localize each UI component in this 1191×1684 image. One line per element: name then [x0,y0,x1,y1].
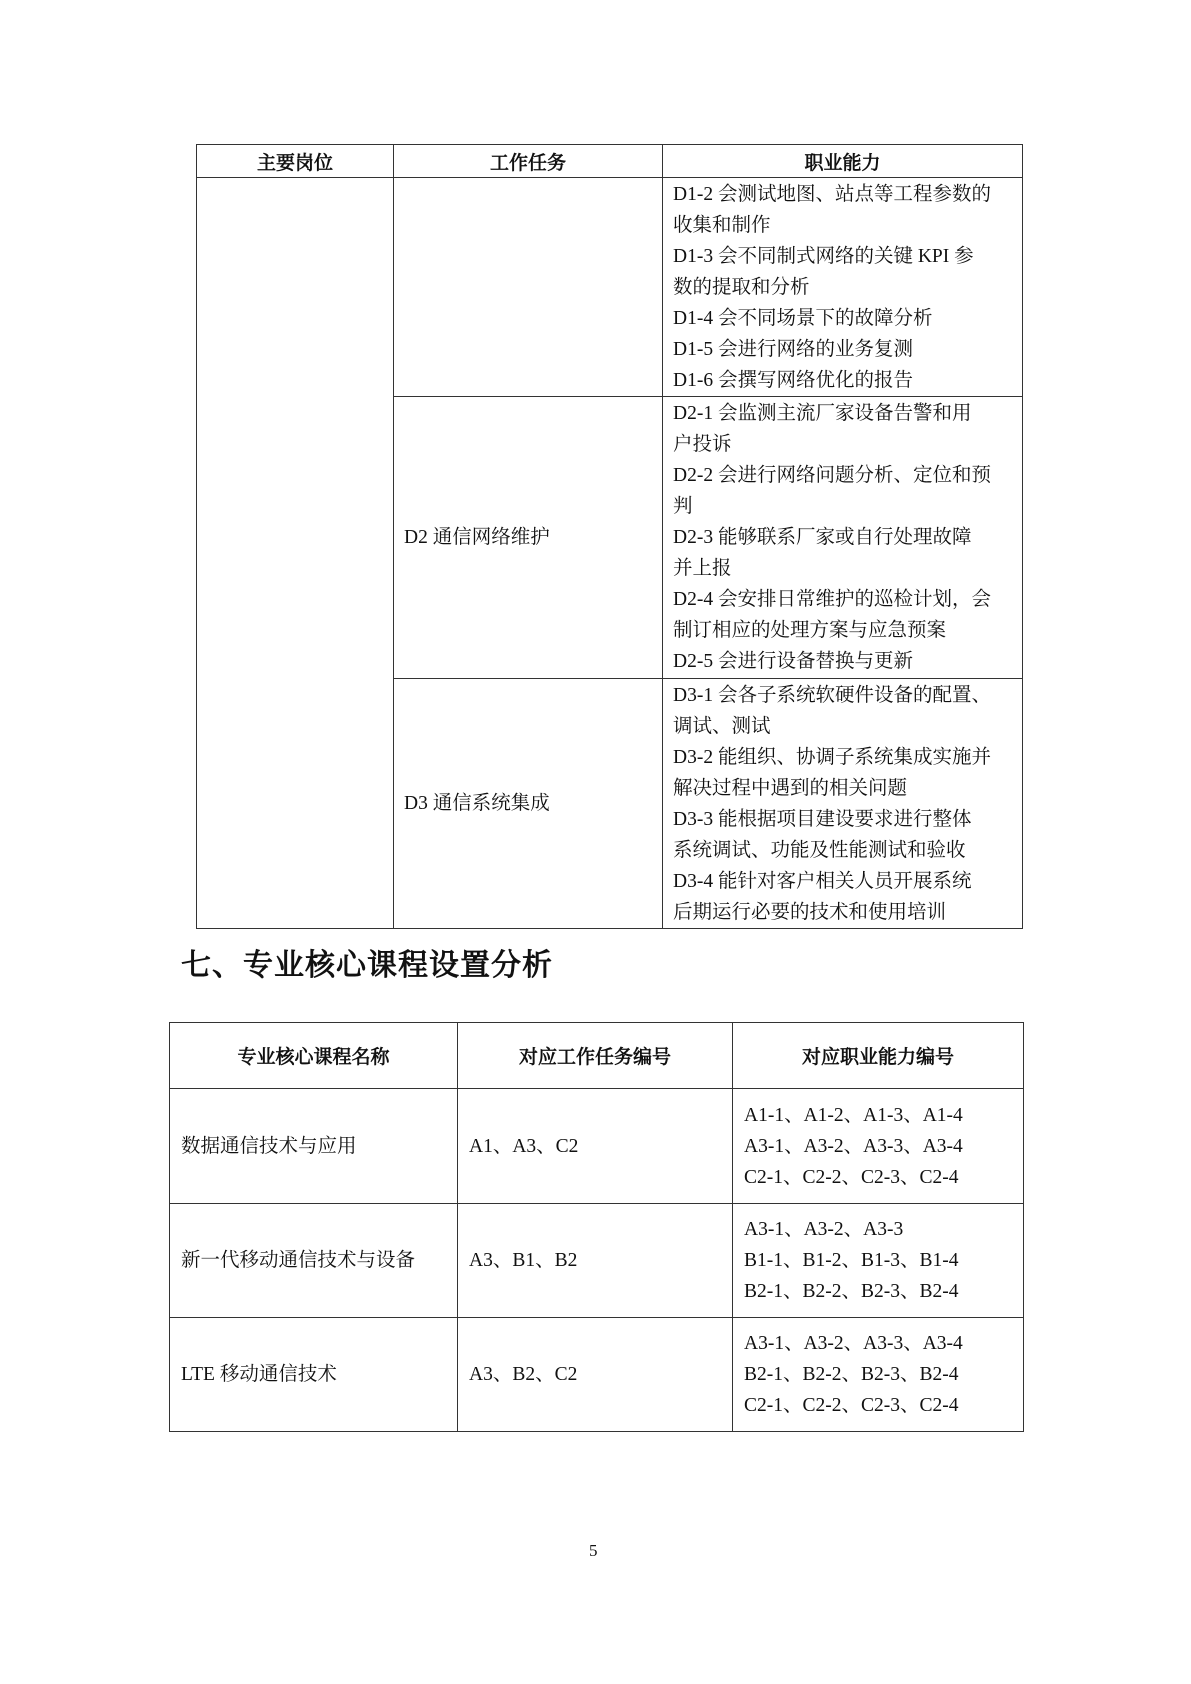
ability-line: D1-6 会撰写网络优化的报告 [673,365,1014,396]
ability-cell: D2-1 会监测主流厂家设备告警和用 户投诉 D2-2 会进行网络问题分析、定位… [663,397,1023,679]
course-name-cell: 新一代移动通信技术与设备 [170,1204,458,1318]
course-name-cell: 数据通信技术与应用 [170,1089,458,1204]
ability-line: 调试、测试 [673,711,1014,742]
ability-line: 收集和制作 [673,210,1014,241]
ability-line: D2-4 会安排日常维护的巡检计划，会 [673,584,1014,615]
ability-line: 并上报 [673,553,1014,584]
ability-line: D3-4 能针对客户相关人员开展系统 [673,866,1014,897]
ability-codes-line: A3-1、A3-2、A3-3、A3-4 [744,1131,1023,1162]
table-header-row: 专业核心课程名称 对应工作任务编号 对应职业能力编号 [170,1023,1024,1089]
section-heading: 七、专业核心课程设置分析 [181,940,553,984]
ability-line: D3-3 能根据项目建设要求进行整体 [673,804,1014,835]
ability-line: D2-1 会监测主流厂家设备告警和用 [673,398,1014,429]
ability-line: D2-3 能够联系厂家或自行处理故障 [673,522,1014,553]
table-row: 数据通信技术与应用 A1、A3、C2 A1-1、A1-2、A1-3、A1-4 A… [170,1089,1024,1204]
ability-line: 数的提取和分析 [673,272,1014,303]
page-number: 5 [589,1541,598,1561]
ability-codes-line: B2-1、B2-2、B2-3、B2-4 [744,1359,1023,1390]
ability-cell: D1-2 会测试地图、站点等工程参数的 收集和制作 D1-3 会不同制式网络的关… [663,178,1023,397]
ability-line: 系统调试、功能及性能测试和验收 [673,835,1014,866]
header-main-position: 主要岗位 [197,145,394,178]
ability-line: 户投诉 [673,429,1014,460]
task-codes-cell: A1、A3、C2 [458,1089,733,1204]
position-task-ability-table: 主要岗位 工作任务 职业能力 D1-2 会测试地图、站点等工程参数的 收集和制作… [196,144,1023,929]
header-course-name: 专业核心课程名称 [170,1023,458,1089]
header-work-task: 工作任务 [394,145,663,178]
ability-codes-line: B2-1、B2-2、B2-3、B2-4 [744,1276,1023,1307]
ability-line: D3-1 会各子系统软硬件设备的配置、 [673,680,1014,711]
ability-line: D1-3 会不同制式网络的关键 KPI 参 [673,241,1014,272]
ability-line: D2-5 会进行设备替换与更新 [673,646,1014,677]
task-cell [394,178,663,397]
ability-codes-line: A3-1、A3-2、A3-3、A3-4 [744,1328,1023,1359]
ability-codes-line: C2-1、C2-2、C2-3、C2-4 [744,1162,1023,1193]
table-header-row: 主要岗位 工作任务 职业能力 [197,145,1023,178]
ability-line: D2-2 会进行网络问题分析、定位和预 [673,460,1014,491]
ability-codes-line: A3-1、A3-2、A3-3 [744,1214,1023,1245]
ability-codes-line: B1-1、B1-2、B1-3、B1-4 [744,1245,1023,1276]
ability-line: D1-5 会进行网络的业务复测 [673,334,1014,365]
ability-codes-cell: A1-1、A1-2、A1-3、A1-4 A3-1、A3-2、A3-3、A3-4 … [733,1089,1024,1204]
task-codes-cell: A3、B2、C2 [458,1318,733,1432]
table-row: LTE 移动通信技术 A3、B2、C2 A3-1、A3-2、A3-3、A3-4 … [170,1318,1024,1432]
task-cell: D3 通信系统集成 [394,679,663,929]
ability-codes-line: C2-1、C2-2、C2-3、C2-4 [744,1390,1023,1421]
ability-codes-cell: A3-1、A3-2、A3-3、A3-4 B2-1、B2-2、B2-3、B2-4 … [733,1318,1024,1432]
table-row: 新一代移动通信技术与设备 A3、B1、B2 A3-1、A3-2、A3-3 B1-… [170,1204,1024,1318]
header-task-codes: 对应工作任务编号 [458,1023,733,1089]
header-ability-codes: 对应职业能力编号 [733,1023,1024,1089]
ability-line: D1-2 会测试地图、站点等工程参数的 [673,179,1014,210]
task-codes-cell: A3、B1、B2 [458,1204,733,1318]
ability-line: D3-2 能组织、协调子系统集成实施并 [673,742,1014,773]
ability-codes-cell: A3-1、A3-2、A3-3 B1-1、B1-2、B1-3、B1-4 B2-1、… [733,1204,1024,1318]
course-name-cell: LTE 移动通信技术 [170,1318,458,1432]
ability-line: 解决过程中遇到的相关问题 [673,773,1014,804]
ability-line: 判 [673,491,1014,522]
ability-line: 制订相应的处理方案与应急预案 [673,615,1014,646]
position-cell [197,178,394,929]
table-row: D1-2 会测试地图、站点等工程参数的 收集和制作 D1-3 会不同制式网络的关… [197,178,1023,397]
core-course-table: 专业核心课程名称 对应工作任务编号 对应职业能力编号 数据通信技术与应用 A1、… [169,1022,1024,1432]
task-cell: D2 通信网络维护 [394,397,663,679]
ability-codes-line: A1-1、A1-2、A1-3、A1-4 [744,1100,1023,1131]
ability-line: D1-4 会不同场景下的故障分析 [673,303,1014,334]
ability-line: 后期运行必要的技术和使用培训 [673,897,1014,928]
header-professional-ability: 职业能力 [663,145,1023,178]
ability-cell: D3-1 会各子系统软硬件设备的配置、 调试、测试 D3-2 能组织、协调子系统… [663,679,1023,929]
